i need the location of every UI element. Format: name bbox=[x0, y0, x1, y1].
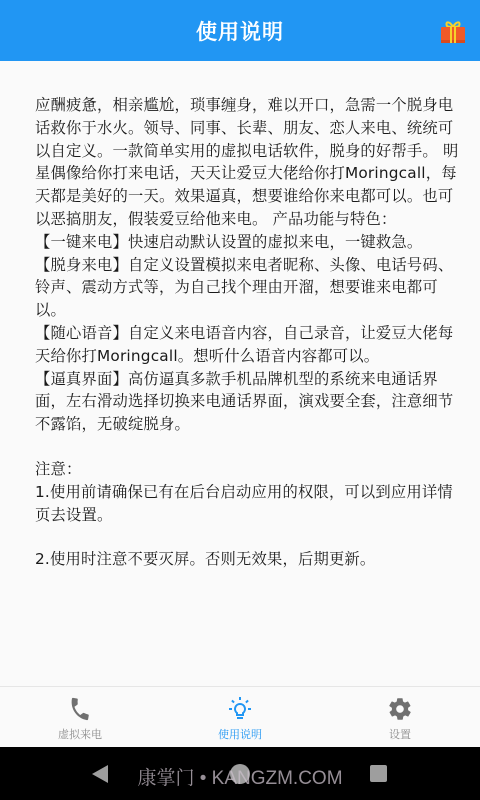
tab-label: 虚拟来电 bbox=[58, 726, 102, 742]
gear-icon bbox=[387, 696, 413, 722]
tab-instructions[interactable]: 使用说明 bbox=[160, 687, 320, 747]
tab-label: 使用说明 bbox=[218, 726, 262, 742]
gift-icon[interactable] bbox=[440, 18, 466, 44]
feature-one-key-call: 【一键来电】快速启动默认设置的虚拟来电，一键救急。 bbox=[35, 231, 460, 254]
bottom-nav: 虚拟来电 使用说明 设置 bbox=[0, 686, 480, 747]
notice-title: 注意： bbox=[35, 458, 460, 481]
phone-icon bbox=[67, 696, 93, 722]
system-navigation-bar: 康掌门 • KANGZM.COM bbox=[0, 747, 480, 800]
intro-paragraph: 应酬疲惫，相亲尴尬，琐事缠身，难以开口，急需一个脱身电话救你于水火。领导、同事、… bbox=[35, 94, 460, 231]
tab-label: 设置 bbox=[389, 726, 411, 742]
feature-custom-voice: 【随心语音】自定义来电语音内容，自己录音，让爱豆大佬每天给你打Moringcal… bbox=[35, 322, 460, 368]
instructions-content: 应酬疲惫，相亲尴尬，琐事缠身，难以开口，急需一个脱身电话救你于水火。领导、同事、… bbox=[0, 61, 480, 686]
tab-virtual-call[interactable]: 虚拟来电 bbox=[0, 687, 160, 747]
tab-settings[interactable]: 设置 bbox=[320, 687, 480, 747]
lightbulb-icon bbox=[227, 696, 253, 722]
app-bar: 使用说明 bbox=[0, 0, 480, 61]
feature-realistic-ui: 【逼真界面】高仿逼真多款手机品牌机型的系统来电通话界面，左右滑动选择切换来电通话… bbox=[35, 368, 460, 436]
watermark: 康掌门 • KANGZM.COM bbox=[0, 763, 480, 790]
notice-item-2: 2.使用时注意不要灭屏。否则无效果，后期更新。 bbox=[35, 548, 460, 571]
feature-escape-call: 【脱身来电】自定义设置模拟来电者昵称、头像、电话号码、铃声、震动方式等，为自己找… bbox=[35, 254, 460, 322]
notice-item-1: 1.使用前请确保已有在后台启动应用的权限，可以到应用详情页去设置。 bbox=[35, 481, 460, 527]
page-title: 使用说明 bbox=[196, 16, 284, 46]
